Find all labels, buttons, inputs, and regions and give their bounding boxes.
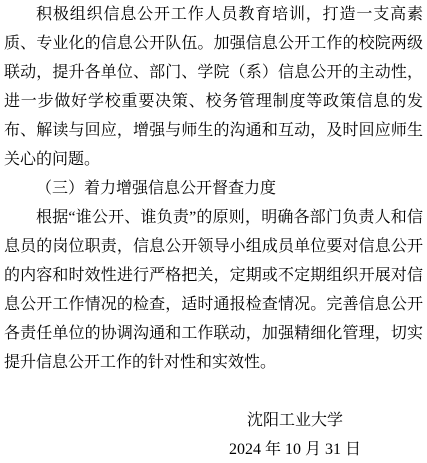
section-heading-supervision: （三）着力增强信息公开督查力度 <box>4 174 423 203</box>
signature-organization: 沈阳工业大学 <box>229 406 361 435</box>
document-page: 积极组织信息公开工作人员教育培训，打造一支高素质、专业化的信息公开队伍。加强信息… <box>0 0 427 463</box>
document-body: 积极组织信息公开工作人员教育培训，打造一支高素质、专业化的信息公开队伍。加强信息… <box>4 0 423 377</box>
paragraph-training-and-linkage: 积极组织信息公开工作人员教育培训，打造一支高素质、专业化的信息公开队伍。加强信息… <box>4 0 423 174</box>
paragraph-responsibility-and-inspection: 根据“谁公开、谁负责”的原则，明确各部门负责人和信息员的岗位职责，信息公开领导小… <box>4 203 423 377</box>
signature-date: 2024 年 10 月 31 日 <box>229 435 361 463</box>
signature-block: 沈阳工业大学 2024 年 10 月 31 日 <box>229 406 361 463</box>
